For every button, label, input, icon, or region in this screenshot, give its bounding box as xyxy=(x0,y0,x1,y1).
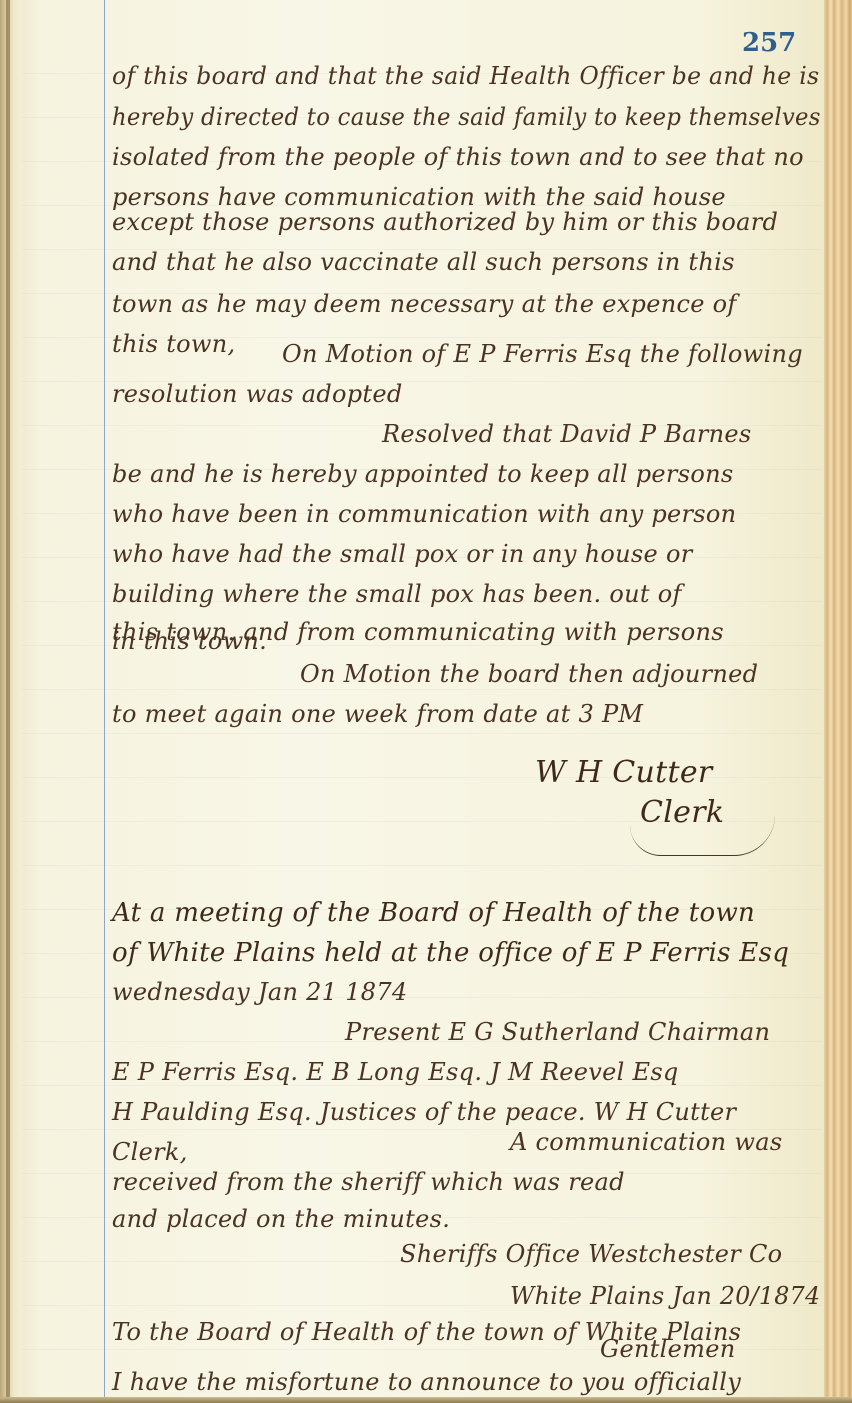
binding-shadow xyxy=(6,0,10,1403)
present-line: Present E G Sutherland Chairman xyxy=(345,1018,770,1046)
signature-flourish xyxy=(630,815,775,856)
text-line: of this board and that the said Health O… xyxy=(112,62,819,90)
letter-body: I have the misfortune to announce to you… xyxy=(112,1368,741,1396)
ledger-page: 257 of this board and that the said Heal… xyxy=(0,0,852,1403)
signature-name: W H Cutter xyxy=(535,755,713,790)
text-line: resolution was adopted xyxy=(112,380,403,408)
text-line: this town, xyxy=(112,330,235,358)
text-line: isolated from the people of this town an… xyxy=(112,143,804,171)
text-line: H Paulding Esq. Justices of the peace. W… xyxy=(112,1098,736,1126)
letter-header: Sheriffs Office Westchester Co xyxy=(400,1240,782,1268)
adjourn-line: On Motion the board then adjourned xyxy=(300,660,758,688)
text-line: who have had the small pox or in any hou… xyxy=(112,540,692,568)
text-line: of White Plains held at the office of E … xyxy=(112,938,789,968)
text-line: persons have communication with the said… xyxy=(112,183,726,211)
text-line: E P Ferris Esq. E B Long Esq. J M Reevel… xyxy=(112,1058,679,1086)
margin-rule xyxy=(104,0,105,1403)
text-line: A communication was xyxy=(510,1128,782,1156)
text-line: be and he is hereby appointed to keep al… xyxy=(112,460,733,488)
text-line: except those persons authorized by him o… xyxy=(112,208,778,236)
text-line: hereby directed to cause the said family… xyxy=(112,103,821,131)
motion-line: On Motion of E P Ferris Esq the followin… xyxy=(282,340,803,368)
meeting-heading: At a meeting of the Board of Health of t… xyxy=(112,898,755,928)
text-line: Clerk, xyxy=(112,1138,188,1166)
text-line: who have been in communication with any … xyxy=(112,500,736,528)
letter-salutation: Gentlemen xyxy=(600,1335,735,1363)
page-stack-edge xyxy=(824,0,852,1403)
text-line: building where the small pox has been. o… xyxy=(112,580,682,608)
text-line: received from the sheriff which was read xyxy=(112,1168,625,1196)
resolution-heading: Resolved that David P Barnes xyxy=(382,420,752,448)
text-line: town as he may deem necessary at the exp… xyxy=(112,290,737,318)
bottom-edge xyxy=(0,1397,852,1403)
text-line: and placed on the minutes. xyxy=(112,1205,450,1233)
text-line: in this town. xyxy=(112,627,267,655)
text-line: and that he also vaccinate all such pers… xyxy=(112,248,735,276)
letter-date: White Plains Jan 20/1874 xyxy=(510,1282,820,1310)
page-number: 257 xyxy=(742,28,796,58)
meeting-date: wednesday Jan 21 1874 xyxy=(112,978,408,1006)
binding-edge xyxy=(0,0,22,1403)
text-line: to meet again one week from date at 3 PM xyxy=(112,700,643,728)
